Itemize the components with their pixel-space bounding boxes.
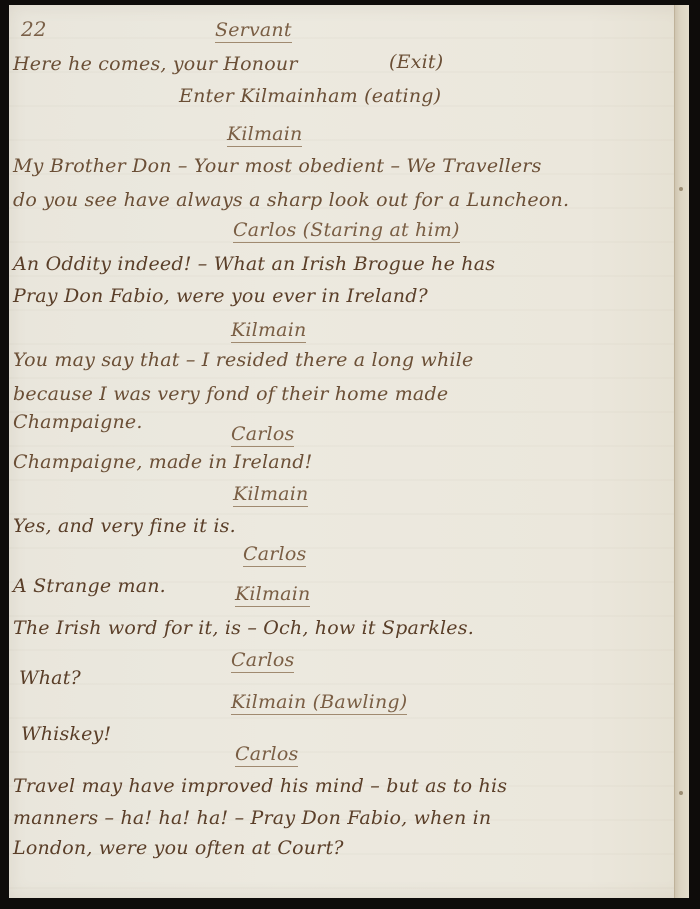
dialogue-line: My Brother Don – Your most obedient – We… [13, 155, 542, 177]
binding-mark [679, 187, 683, 191]
binding-mark [679, 791, 683, 795]
dialogue-line: A Strange man. [13, 575, 166, 597]
stage-direction: (Exit) [389, 51, 443, 73]
dialogue-line: Whiskey! [21, 723, 111, 745]
speaker-heading: Carlos [243, 543, 306, 567]
speaker-heading: Kilmain (Bawling) [231, 691, 407, 715]
page-number: 22 [21, 17, 46, 41]
dialogue-line: Travel may have improved his mind – but … [13, 775, 507, 797]
dialogue-line: Champaigne. [13, 411, 143, 433]
scan-frame: 22 Servant Here he comes, your Honour (E… [0, 0, 700, 909]
dialogue-line: manners – ha! ha! ha! – Pray Don Fabio, … [13, 807, 491, 829]
dialogue-line: London, were you often at Court? [13, 837, 344, 859]
speaker-heading: Servant [215, 19, 292, 43]
speaker-heading: Kilmain [231, 319, 306, 343]
page-gutter [674, 5, 689, 898]
speaker-heading: Carlos [231, 649, 294, 673]
speaker-heading: Kilmain [233, 483, 308, 507]
speaker-heading: Kilmain [235, 583, 310, 607]
speaker-heading: Kilmain [227, 123, 302, 147]
dialogue-line: Champaigne, made in Ireland! [13, 451, 312, 473]
dialogue-line: What? [19, 667, 81, 689]
dialogue-line: Yes, and very fine it is. [13, 515, 236, 537]
dialogue-line: because I was very fond of their home ma… [13, 383, 448, 405]
dialogue-line: Here he comes, your Honour [13, 53, 298, 75]
stage-direction: Enter Kilmainham (eating) [179, 85, 441, 107]
dialogue-line: You may say that – I resided there a lon… [13, 349, 473, 371]
speaker-heading: Carlos [231, 423, 294, 447]
speaker-heading: Carlos [235, 743, 298, 767]
dialogue-line: The Irish word for it, is – Och, how it … [13, 617, 474, 639]
dialogue-line: An Oddity indeed! – What an Irish Brogue… [13, 253, 495, 275]
dialogue-line: do you see have always a sharp look out … [13, 189, 569, 211]
manuscript-page: 22 Servant Here he comes, your Honour (E… [9, 5, 689, 898]
speaker-heading: Carlos (Staring at him) [233, 219, 460, 243]
dialogue-line: Pray Don Fabio, were you ever in Ireland… [13, 285, 428, 307]
